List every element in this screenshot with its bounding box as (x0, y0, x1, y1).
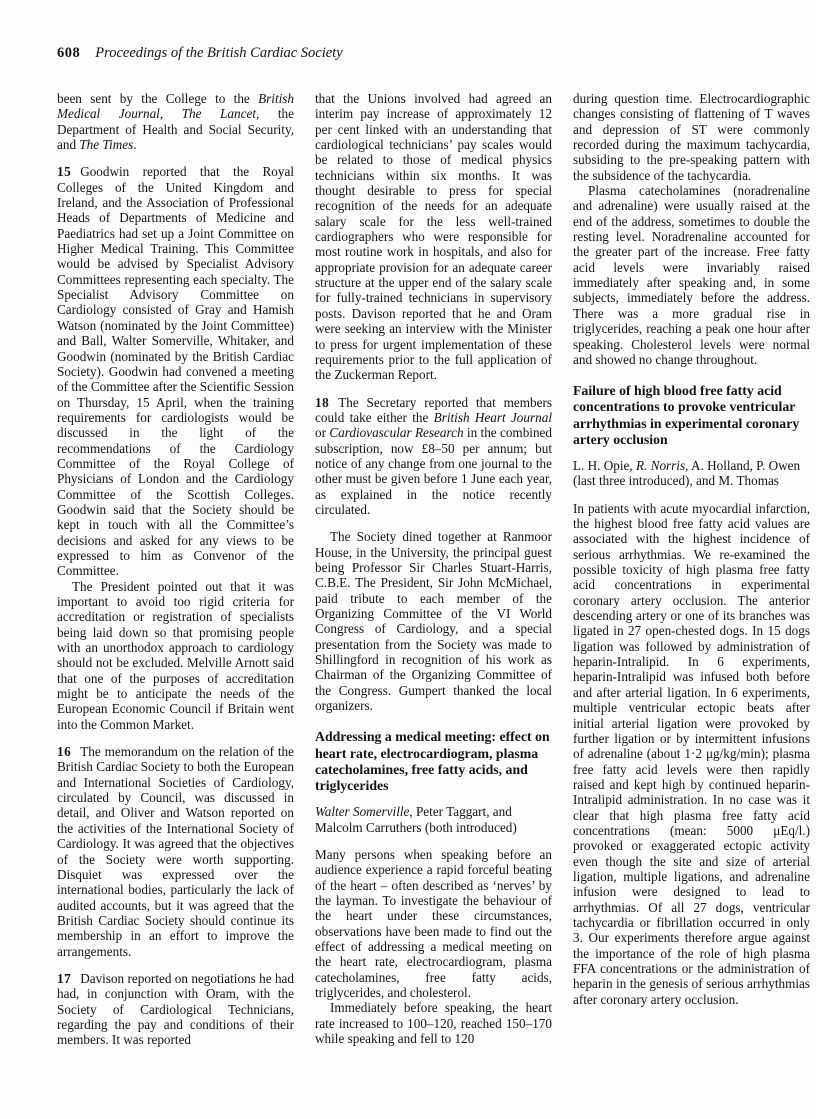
journal-page: 608 Proceedings of the British Cardiac S… (0, 0, 816, 1119)
text-segment: Many persons when speaking before an aud… (315, 847, 552, 1000)
text-segment: Addressing a medical meeting: effect on … (315, 729, 550, 793)
item-number: 16 (57, 744, 71, 759)
paragraph: 16The memorandum on the relation of the … (57, 744, 294, 959)
paragraph: The President pointed out that it was im… (57, 579, 294, 732)
text-segment: The Times (79, 137, 133, 152)
running-header: 608 Proceedings of the British Cardiac S… (57, 45, 810, 61)
text-segment: The President pointed out that it was im… (57, 579, 294, 732)
article-columns: been sent by the College to the British … (57, 91, 810, 1048)
paragraph: Many persons when speaking before an aud… (315, 847, 552, 1000)
text-segment: been sent by the College to the (57, 91, 258, 106)
paragraph: Plasma catecholamines (noradrenaline and… (573, 183, 810, 367)
section-heading: Addressing a medical meeting: effect on … (315, 729, 552, 794)
paragraph: 18The Secretary reported that members co… (315, 395, 552, 518)
paragraph: 17Davison reported on negotiations he ha… (57, 971, 294, 1048)
paragraph: that the Unions involved had agreed an i… (315, 91, 552, 383)
text-segment: , (160, 106, 182, 121)
text-segment: Plasma catecholamines (noradrenaline and… (573, 183, 810, 367)
text-segment: L. H. Opie, (573, 458, 636, 473)
text-segment: The Society dined together at Ranmoor Ho… (315, 529, 552, 713)
item-number: 15 (57, 164, 71, 179)
text-segment: or (315, 425, 329, 440)
paragraph: during question time. Electrocardiograph… (573, 91, 810, 183)
section-heading: Failure of high blood free fatty acid co… (573, 383, 810, 448)
text-segment: that the Unions involved had agreed an i… (315, 91, 552, 382)
text-segment: Davison reported on negotiations he had … (57, 971, 294, 1047)
text-segment: In patients with acute myocardial infarc… (573, 501, 810, 1007)
running-title: Proceedings of the British Cardiac Socie… (95, 45, 342, 61)
paragraph: In patients with acute myocardial infarc… (573, 501, 810, 1007)
authors-line: Walter Somerville, Peter Taggart, and Ma… (315, 804, 552, 835)
paragraph: 15Goodwin reported that the Royal Colleg… (57, 164, 294, 578)
text-segment: . (133, 137, 136, 152)
item-number: 18 (315, 395, 329, 410)
text-segment: British Heart Journal (434, 410, 552, 425)
paragraph: been sent by the College to the British … (57, 91, 294, 152)
paragraph: Immediately before speaking, the heart r… (315, 1000, 552, 1046)
item-number: 17 (57, 971, 71, 986)
authors-line: L. H. Opie, R. Norris, A. Holland, P. Ow… (573, 458, 810, 489)
text-segment: Walter Somerville (315, 804, 409, 819)
text-segment: R. Norris (636, 458, 685, 473)
text-segment: Goodwin reported that the Royal Colleges… (57, 164, 294, 578)
text-segment: Cardiovascular Research (329, 425, 463, 440)
column-3: during question time. Electrocardiograph… (573, 91, 810, 1048)
column-1: been sent by the College to the British … (57, 91, 294, 1048)
text-segment: The memorandum on the relation of the Br… (57, 744, 294, 958)
text-segment: Immediately before speaking, the heart r… (315, 1000, 552, 1046)
page-number: 608 (57, 45, 80, 61)
paragraph: The Society dined together at Ranmoor Ho… (315, 529, 552, 713)
column-2: that the Unions involved had agreed an i… (315, 91, 552, 1048)
text-segment: The Lancet (182, 106, 256, 121)
text-segment: during question time. Electrocardiograph… (573, 91, 810, 183)
text-segment: Failure of high blood free fatty acid co… (573, 383, 799, 447)
